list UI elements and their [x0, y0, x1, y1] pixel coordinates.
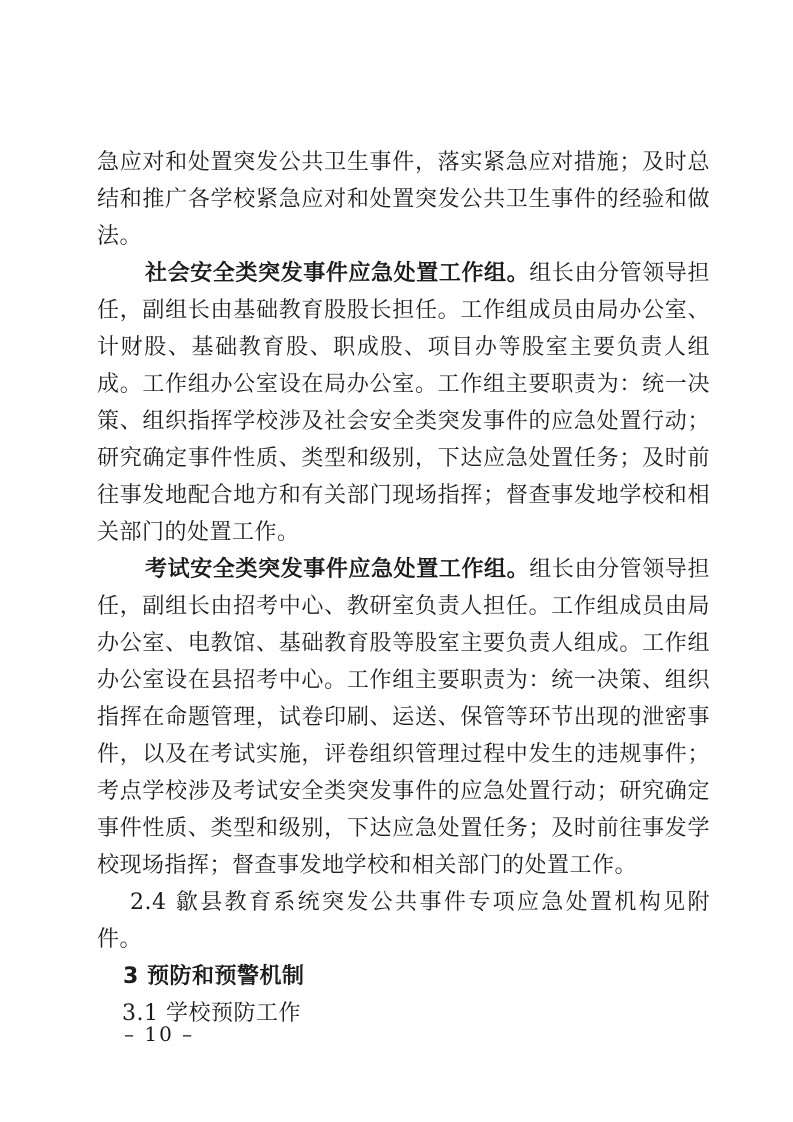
page-number: – 10 –	[124, 1020, 194, 1048]
paragraph-text-exam-safety: 组长由分管领导担任，副组长由招考中心、教研室负责人担任。工作组成员由局办公室、电…	[97, 557, 710, 878]
paragraph-lead-exam-safety: 考试安全类突发事件应急处置工作组。	[145, 557, 529, 582]
paragraph-text-social-safety: 组长由分管领导担任，副组长由基础教育股股长担任。工作组成员由局办公室、计财股、基…	[97, 261, 710, 545]
paragraph-lead-social-safety: 社会安全类突发事件应急处置工作组。	[145, 261, 529, 286]
document-body: 急应对和处置突发公共卫生事件，落实紧急应对措施；及时总结和推广各学校紧急应对和处…	[97, 144, 710, 1032]
document-page: 急应对和处置突发公共卫生事件，落实紧急应对措施；及时总结和推广各学校紧急应对和处…	[0, 0, 793, 1122]
paragraph-exam-safety-group: 考试安全类突发事件应急处置工作组。组长由分管领导担任，副组长由招考中心、教研室负…	[97, 551, 710, 884]
paragraph-continuation: 急应对和处置突发公共卫生事件，落实紧急应对措施；及时总结和推广各学校紧急应对和处…	[97, 144, 710, 255]
paragraph-section-2-4: 2.4 歙县教育系统突发公共事件专项应急处置机构见附件。	[97, 884, 710, 958]
paragraph-social-safety-group: 社会安全类突发事件应急处置工作组。组长由分管领导担任，副组长由基础教育股股长担任…	[97, 255, 710, 551]
heading-section-3: 3 预防和预警机制	[97, 958, 710, 995]
